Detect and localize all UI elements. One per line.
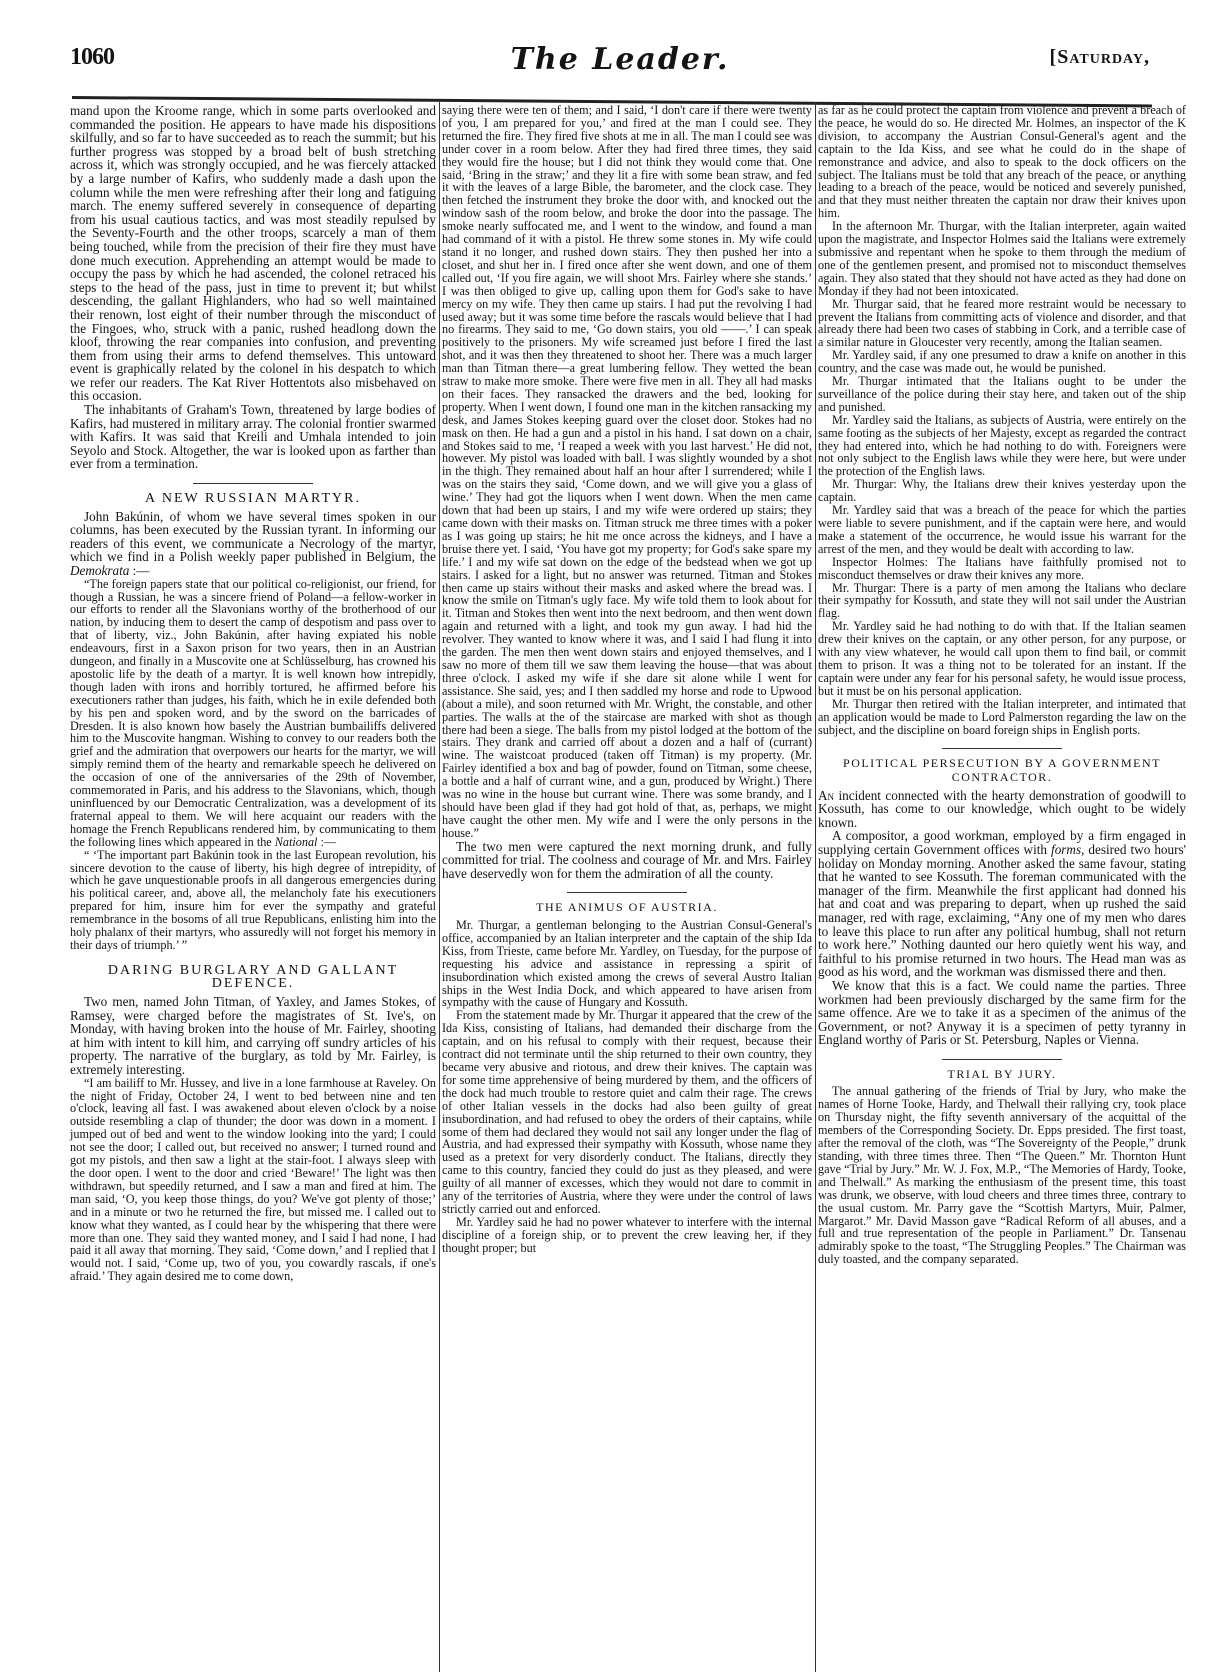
quoted-paragraph: “The foreign papers state that our polit… [70,578,436,849]
article-paragraph: We know that this is a fact. We could na… [818,979,1186,1047]
column-1: mand upon the Kroome range, which in som… [70,104,436,1283]
article-paragraph: Mr. Yardley said he had nothing to do wi… [818,620,1186,697]
page-number: 1060 [70,44,114,71]
article-paragraph: Mr. Thurgar, a gentleman belonging to th… [442,919,812,1009]
column-3: as far as he could protect the captain f… [818,104,1186,1266]
article-paragraph: Inspector Holmes: The Italians have fait… [818,556,1186,582]
newspaper-title: The Leader. [470,42,770,77]
article-paragraph: Mr. Thurgar said, that he feared more re… [818,298,1186,350]
quoted-paragraph: saying there were ten of them; and I sai… [442,104,812,840]
article-paragraph: The two men were captured the next morni… [442,840,812,881]
column-divider [439,102,440,1672]
section-title-burglary: DARING BURGLARY AND GALLANT DEFENCE. [70,964,436,991]
column-2: saying there were ten of them; and I sai… [442,104,812,1255]
article-paragraph: An incident connected with the hearty de… [818,789,1186,830]
article-paragraph: Mr. Yardley said, if any one presumed to… [818,349,1186,375]
quoted-paragraph: “ ‘The important part Bakúnin took in th… [70,849,436,952]
article-paragraph: Mr. Thurgar: Why, the Italians drew thei… [818,478,1186,504]
article-paragraph: John Bakúnin, of whom we have several ti… [70,510,436,578]
article-paragraph: From the statement made by Mr. Thurgar i… [442,1009,812,1216]
section-title-political-persecution: POLITICAL PERSECUTION BY A GOVERNMENT CO… [818,757,1186,784]
article-paragraph: The annual gathering of the friends of T… [818,1085,1186,1266]
column-divider [815,102,816,1672]
section-title-russian-martyr: A NEW RUSSIAN MARTYR. [70,492,436,506]
article-paragraph: Mr. Thurgar then retired with the Italia… [818,698,1186,737]
section-title-animus-of-austria: THE ANIMUS OF AUSTRIA. [442,901,812,915]
article-paragraph: as far as he could protect the captain f… [818,104,1186,220]
article-paragraph: Mr. Thurgar intimated that the Italians … [818,375,1186,414]
article-paragraph: Two men, named John Titman, of Yaxley, a… [70,995,436,1077]
article-paragraph: Mr. Yardley said that was a breach of th… [818,504,1186,556]
section-separator [567,892,687,893]
issue-day: [Saturday, [1050,46,1150,69]
quoted-paragraph: “I am bailiff to Mr. Hussey, and live in… [70,1077,436,1284]
article-paragraph: Mr. Yardley said he had no power whateve… [442,1216,812,1255]
section-title-trial-by-jury: TRIAL BY JURY. [818,1068,1186,1082]
article-paragraph: Mr. Yardley said the Italians, as subjec… [818,414,1186,479]
article-paragraph: mand upon the Kroome range, which in som… [70,104,436,403]
section-separator [942,1059,1062,1060]
article-paragraph: A compositor, a good workman, employed b… [818,829,1186,979]
article-paragraph: In the afternoon Mr. Thurgar, with the I… [818,220,1186,297]
section-separator [942,748,1062,749]
article-paragraph: The inhabitants of Graham's Town, threat… [70,403,436,471]
article-paragraph: Mr. Thurgar: There is a party of men amo… [818,582,1186,621]
section-separator [193,483,313,484]
masthead: 1060 The Leader. [Saturday, [70,44,1150,84]
